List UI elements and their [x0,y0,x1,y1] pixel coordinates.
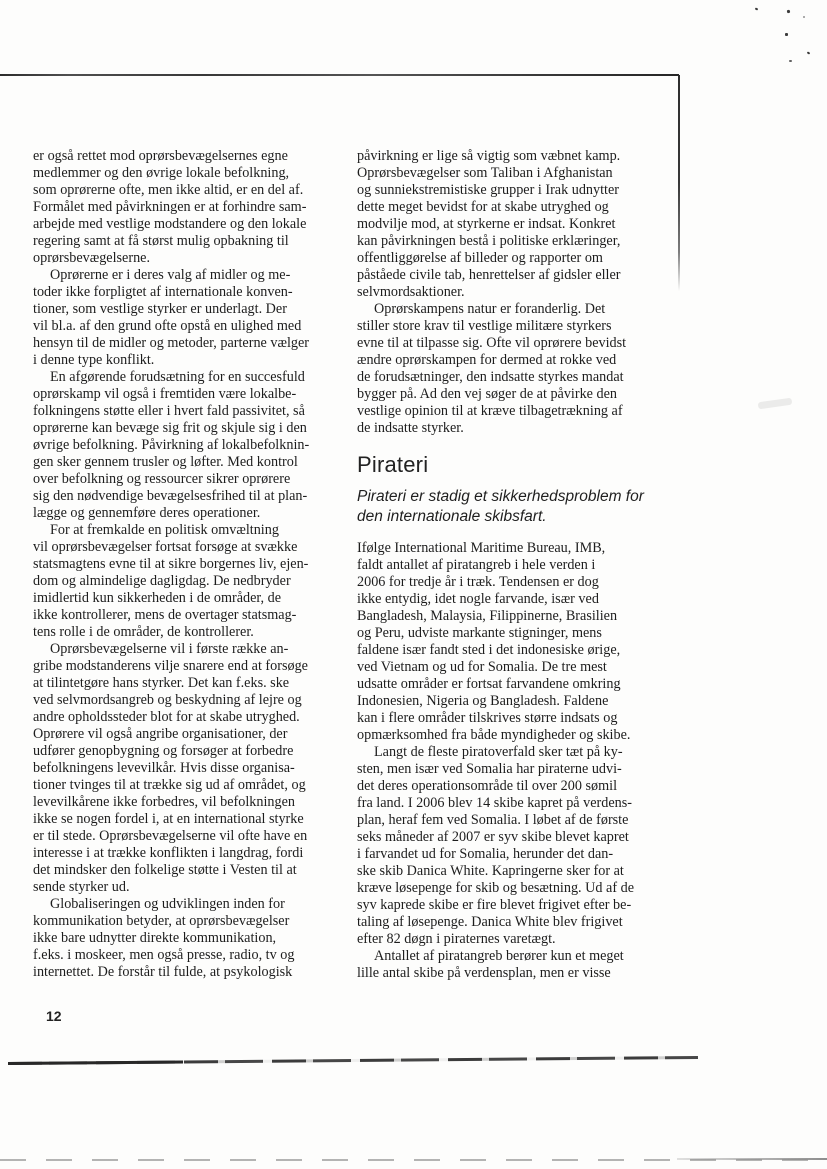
text-line: dom og almindelige dagligdag. De nedbryd… [33,573,349,590]
text-line: kan påvirkningen bestå i politiske erklæ… [357,233,659,250]
text-line: ændre oprørskampen for dermed at rokke v… [357,352,659,369]
text-line: 2006 for tredje år i træk. Tendensen er … [357,574,659,591]
text-line: En afgørende forudsætning for en succesf… [33,369,349,386]
text-line: det deres operationsområde til over 200 … [357,778,659,795]
text-line: syv kaprede skibe er fire blevet frigive… [357,897,659,914]
scan-speck [803,16,805,18]
text-line: udfører genopbygning og forsøger at forb… [33,743,349,760]
text-line: at tilintetgøre hans styrker. Det kan f.… [33,675,349,692]
text-line: modvilje mod, at styrkerne er indsat. Ko… [357,216,659,233]
text-line: hensyn til de midler og metoder, partern… [33,335,349,352]
text-line: gen sker gennem trusler og løfter. Med k… [33,454,349,471]
text-line: dette meget bevidst for at skabe utryghe… [357,199,659,216]
text-line: Langt de fleste piratoverfald sker tæt p… [357,744,659,761]
text-line: sende styrker ud. [33,879,349,896]
text-line: er også rettet mod oprørsbevægelsernes e… [33,148,349,165]
text-line: seks måneder af 2007 er syv skibe blevet… [357,829,659,846]
text-line: tioner tvinges til at trække sig ud af o… [33,777,349,794]
scan-speck [785,33,788,36]
text-line: i denne type konflikt. [33,352,349,369]
text-line: imidlertid kun sikkerheden i de områder,… [33,590,349,607]
text-line: efter 82 døgn i piraternes varetægt. [357,931,659,948]
text-line: Oprørere vil også angribe organisationer… [33,726,349,743]
text-line: For at fremkalde en politisk omvæltning [33,522,349,539]
text-line: ikke bare udnytter direkte kommunikation… [33,930,349,947]
text-line: vil oprørsbevægelser fortsat forsøge at … [33,539,349,556]
text-line: oprørerne kan bevæge sig frit og skjule … [33,420,349,437]
text-line: interesse i at trække konflikten i langd… [33,845,349,862]
text-line: levevilkårene ikke forbedres, vil befolk… [33,794,349,811]
text-line: kræve løsepenge for skib og besætning. U… [357,880,659,897]
text-line: tens rolle i de områder, de kontrollerer… [33,624,349,641]
text-line: ved selvmordsangreb og beskydning af lej… [33,692,349,709]
footer-rule [8,1056,698,1065]
text-line: Globaliseringen og udviklingen inden for [33,896,349,913]
text-line: vil bl.a. af den grund ofte opstå en uli… [33,318,349,335]
text-line: Indonesien, Nigeria og Bangladesh. Falde… [357,693,659,710]
text-line: regering samt at få størst mulig opbakni… [33,233,349,250]
text-line: ikke kontrollerer, mens de overtager sta… [33,607,349,624]
text-line: f.eks. i moskeer, men også presse, radio… [33,947,349,964]
text-line: statsmagtens evne til at sikre borgernes… [33,556,349,573]
text-line: kommunikation betyder, at oprørsbevægels… [33,913,349,930]
text-line: bygger på. Ad den vej søger de at påvirk… [357,386,659,403]
section-subtitle: Pirateri er stadig et sikkerhedsproblem … [357,487,644,526]
text-line: opmærksomhed fra både myndigheder og ski… [357,727,659,744]
text-line: Formålet med påvirkningen er at forhindr… [33,199,349,216]
text-line: taling af løsepenge. Danica White blev f… [357,914,659,931]
text-line: påståede civile tab, henrettelser af gid… [357,267,659,284]
text-line: Pirateri er stadig et sikkerhedsproblem … [357,487,644,507]
text-line: stiller store krav til vestlige militære… [357,318,659,335]
text-line: det mindsker den folkelige støtte i Vest… [33,862,349,879]
text-line: sig den nødvendige bevægelsesfrihed til … [33,488,349,505]
text-line: oprørskamp vil også i fremtiden være lok… [33,386,349,403]
text-line: lille antal skibe på verdensplan, men er… [357,965,659,982]
scan-speck [807,51,811,54]
right-column-body: Ifølge International Maritime Bureau, IM… [357,540,659,982]
text-line: sten, men især ved Somalia har piraterne… [357,761,659,778]
text-line: plan, heraf fem ved Somalia. I løbet af … [357,812,659,829]
text-line: andre opholdssteder blot for at skabe ut… [33,709,349,726]
scan-speck [755,7,759,10]
text-line: øvrige befolkning. Påvirkning af lokalbe… [33,437,349,454]
text-line: vestlige opinion til at kræve tilbagetræ… [357,403,659,420]
text-line: og sunniekstremistiske grupper i Irak ud… [357,182,659,199]
left-column: er også rettet mod oprørsbevægelsernes e… [33,148,349,981]
scan-smudge [758,398,793,410]
text-line: Oprørsbevægelserne vil i første række an… [33,641,349,658]
text-line: ved Vietnam og ud for Somalia. De tre me… [357,659,659,676]
text-line: den internationale skibsfart. [357,507,644,527]
text-line: kan i flere områder tilskrives større in… [357,710,659,727]
text-line: Ifølge International Maritime Bureau, IM… [357,540,659,557]
text-line: de forudsætninger, den indsatte styrkes … [357,369,659,386]
text-line: Oprørsbevægelser som Taliban i Afghanist… [357,165,659,182]
text-line: ikke entydig, idet nogle farvande, især … [357,591,659,608]
vertical-rule [678,75,680,291]
page-edge-rule [0,1159,827,1161]
text-line: arbejde med vestlige modstandere og den … [33,216,349,233]
text-line: de indsatte styrker. [357,420,659,437]
text-line: medlemmer og den øvrige lokale befolknin… [33,165,349,182]
text-line: Antallet af piratangreb berører kun et m… [357,948,659,965]
text-line: som oprørerne ofte, men ikke altid, er e… [33,182,349,199]
text-line: gribe modstanderens vilje snarere end at… [33,658,349,675]
text-line: faldt antallet af piratangreb i hele ver… [357,557,659,574]
section-heading: Pirateri [357,452,428,478]
text-line: faldene især fandt sted i det indonesisk… [357,642,659,659]
text-line: over befolkning og ressourcer sikrer opr… [33,471,349,488]
text-line: oprørsbevægelserne. [33,250,349,267]
text-line: fra land. I 2006 blev 14 skibe kapret på… [357,795,659,812]
text-line: ske skib Danica White. Kapringerne sker … [357,863,659,880]
document-page: er også rettet mod oprørsbevægelsernes e… [0,0,827,1169]
text-line: påvirkning er lige så vigtig som væbnet … [357,148,659,165]
text-line: Bangladesh, Malaysia, Filippinerne, Bras… [357,608,659,625]
right-column-top: påvirkning er lige så vigtig som væbnet … [357,148,659,437]
text-line: Oprørerne er i deres valg af midler og m… [33,267,349,284]
text-line: ikke se nogen fordel i, at en internatio… [33,811,349,828]
header-rule [0,74,679,76]
text-line: tioner, som vestlige styrker er underlag… [33,301,349,318]
text-line: og Peru, udviste markante stigninger, me… [357,625,659,642]
text-line: lægge og gennemføre deres operationer. [33,505,349,522]
text-line: er til stede. Oprørsbevægelserne vil oft… [33,828,349,845]
text-line: i farvandet ud for Somalia, herunder det… [357,846,659,863]
text-line: evne til at tilpasse sig. Ofte vil oprør… [357,335,659,352]
text-line: udsatte områder er fortsat farvandene om… [357,676,659,693]
scan-speck [787,10,791,14]
text-line: internettet. De forstår til fulde, at ps… [33,964,349,981]
text-line: toder ikke forpligtet af internationale … [33,284,349,301]
text-line: offentliggørelse af billeder og rapporte… [357,250,659,267]
page-number: 12 [46,1008,62,1024]
text-line: folkningens støtte eller i hvert fald pa… [33,403,349,420]
text-line: Oprørskampens natur er foranderlig. Det [357,301,659,318]
text-line: selvmordsaktioner. [357,284,659,301]
text-line: befolkningens levevilkår. Hvis disse org… [33,760,349,777]
scan-speck [789,60,792,62]
